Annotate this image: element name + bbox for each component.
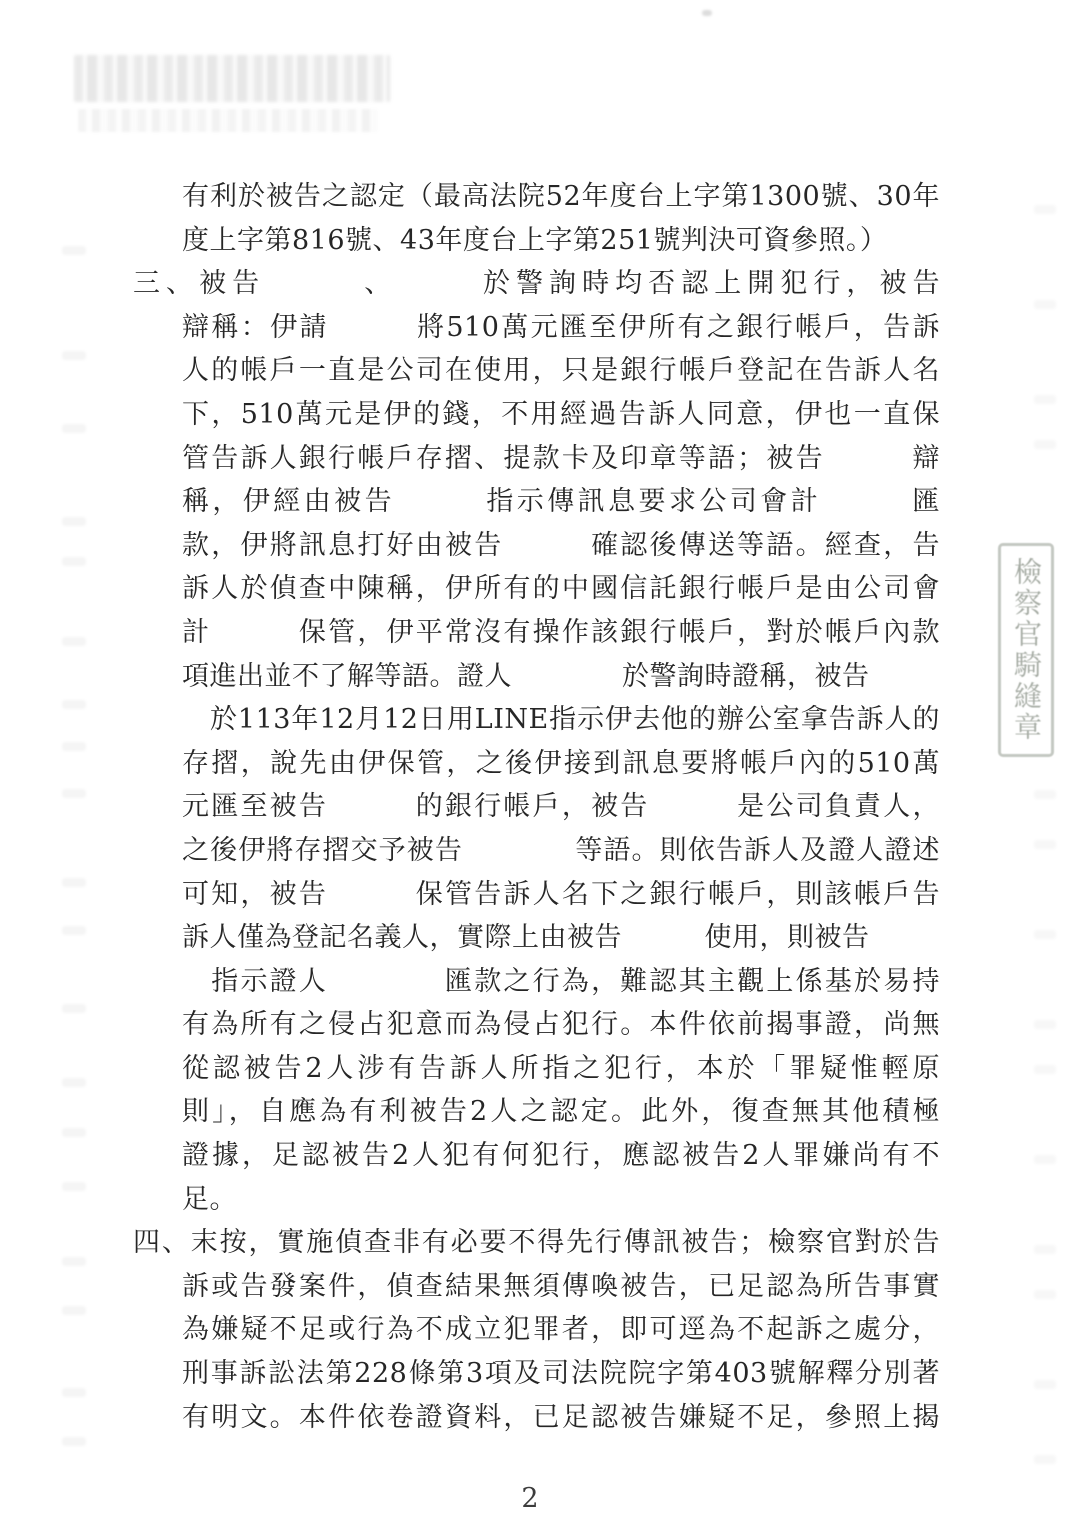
list-item-marker: 四、 (133, 1227, 191, 1258)
scan-noise (62, 1004, 86, 1013)
scan-noise (62, 700, 86, 709)
scan-noise (1034, 205, 1056, 214)
prosecutor-paging-seal-stamp: 檢察官騎縫章 (998, 543, 1054, 757)
text-line: 刑事訴訟法第228條第3項及司法院院字第403號解釋分別著 (182, 1352, 940, 1396)
scan-noise (62, 742, 86, 751)
text-line: 有利於被告之認定（最高法院52年度台上字第1300號、30年 (182, 175, 940, 219)
text-line: 於113年12月12日用LINE指示伊去他的辦公室拿告訴人的 (182, 698, 940, 742)
text-line: 度上字第816號、43年度台上字第251號判決可資參照。） (182, 219, 940, 263)
scan-noise (1034, 440, 1056, 449)
bleed-through-ghost-text (74, 55, 390, 102)
scan-noise (62, 424, 86, 433)
scan-noise (62, 878, 86, 887)
text-line: 四、末按，實施偵查非有必要不得先行傳訊被告；檢察官對於告 (133, 1221, 940, 1265)
scan-noise (62, 246, 86, 255)
scan-noise (1034, 1245, 1056, 1254)
text-line: 下，510萬元是伊的錢，不用經過告訴人同意，伊也一直保 (182, 393, 940, 437)
scan-noise (62, 637, 86, 646)
scan-noise (1034, 300, 1056, 309)
text-line: 訴或告發案件，偵查結果無須傳喚被告，已足認為所告事實 (182, 1265, 940, 1309)
scan-noise (1034, 1155, 1056, 1164)
scan-noise (1034, 840, 1056, 849)
scan-noise (1034, 395, 1056, 404)
text-line: 訴人僅為登記名義人，實際上由被告 使用，則被告 (182, 916, 940, 960)
scan-noise (62, 1182, 86, 1191)
scan-noise (1034, 790, 1056, 799)
text-line: 有明文。本件依卷證資料，已足認被告嫌疑不足，參照上揭 (182, 1396, 940, 1440)
text-line: 足。 (182, 1178, 940, 1222)
scan-noise (62, 517, 86, 526)
text-line: 計 保管，伊平常沒有操作該銀行帳戶，對於帳戶內款 (182, 611, 940, 655)
scan-noise (62, 351, 86, 360)
scan-noise (1034, 1290, 1056, 1299)
scan-noise (702, 10, 712, 16)
text-line: 之後伊將存摺交予被告 等語。則依告訴人及證人證述 (182, 829, 940, 873)
text-line: 證據，足認被告2人犯有何犯行，應認被告2人罪嫌尚有不 (182, 1134, 940, 1178)
line-text: 被告 、 於警詢時均否認上開犯行，被告 (199, 268, 940, 299)
list-item-marker: 三、 (133, 268, 199, 299)
text-line: 指示證人 匯款之行為，難認其主觀上係基於易持 (182, 960, 940, 1004)
scan-noise (62, 1306, 86, 1315)
text-line: 人的帳戶一直是公司在使用，只是銀行帳戶登記在告訴人名 (182, 349, 940, 393)
text-line: 辯稱：伊請 將510萬元匯至伊所有之銀行帳戶，告訴 (182, 306, 940, 350)
text-line: 項進出並不了解等語。證人 於警詢時證稱，被告 (182, 655, 940, 699)
scan-noise (62, 926, 86, 935)
scan-noise (1034, 1380, 1056, 1389)
line-text: 末按，實施偵查非有必要不得先行傳訊被告；檢察官對於告 (191, 1227, 940, 1258)
scan-noise (1034, 1020, 1056, 1029)
text-line: 訴人於偵查中陳稱，伊所有的中國信託銀行帳戶是由公司會 (182, 567, 940, 611)
text-line: 則」，自應為有利被告2人之認定。此外，復查無其他積極 (182, 1090, 940, 1134)
text-line: 有為所有之侵占犯意而為侵占犯行。本件依前揭事證，尚無 (182, 1003, 940, 1047)
scan-noise (62, 789, 86, 798)
text-line: 稱，伊經由被告 指示傳訊息要求公司會計 匯 (182, 480, 940, 524)
text-line: 從認被告2人涉有告訴人所指之犯行，本於「罪疑惟輕原 (182, 1047, 940, 1091)
scan-noise (1034, 1065, 1056, 1074)
text-line: 存摺，說先由伊保管，之後伊接到訊息要將帳戶內的510萬 (182, 742, 940, 786)
scan-noise (62, 1388, 86, 1397)
document-page: 有利於被告之認定（最高法院52年度台上字第1300號、30年度上字第816號、4… (0, 0, 1072, 1526)
scan-noise (1034, 930, 1056, 939)
scan-noise (62, 1257, 86, 1266)
text-line: 三、被告 、 於警詢時均否認上開犯行，被告 (133, 262, 940, 306)
page-number: 2 (0, 1483, 1060, 1514)
text-line: 款，伊將訊息打好由被告 確認後傳送等語。經查，告 (182, 524, 940, 568)
text-line: 為嫌疑不足或行為不成立犯罪者，即可逕為不起訴之處分， (182, 1308, 940, 1352)
bleed-through-ghost-text (78, 109, 378, 132)
text-line: 管告訴人銀行帳戶存摺、提款卡及印章等語；被告 辯 (182, 437, 940, 481)
text-line: 元匯至被告 的銀行帳戶，被告 是公司負責人， (182, 785, 940, 829)
scan-noise (62, 1128, 86, 1137)
scan-noise (62, 557, 86, 566)
text-line: 可知，被告 保管告訴人名下之銀行帳戶，則該帳戶告 (182, 873, 940, 917)
scan-noise (1034, 1455, 1056, 1464)
scan-noise (62, 1078, 86, 1087)
document-body: 有利於被告之認定（最高法院52年度台上字第1300號、30年度上字第816號、4… (0, 175, 1072, 1439)
scan-noise (62, 1437, 86, 1446)
